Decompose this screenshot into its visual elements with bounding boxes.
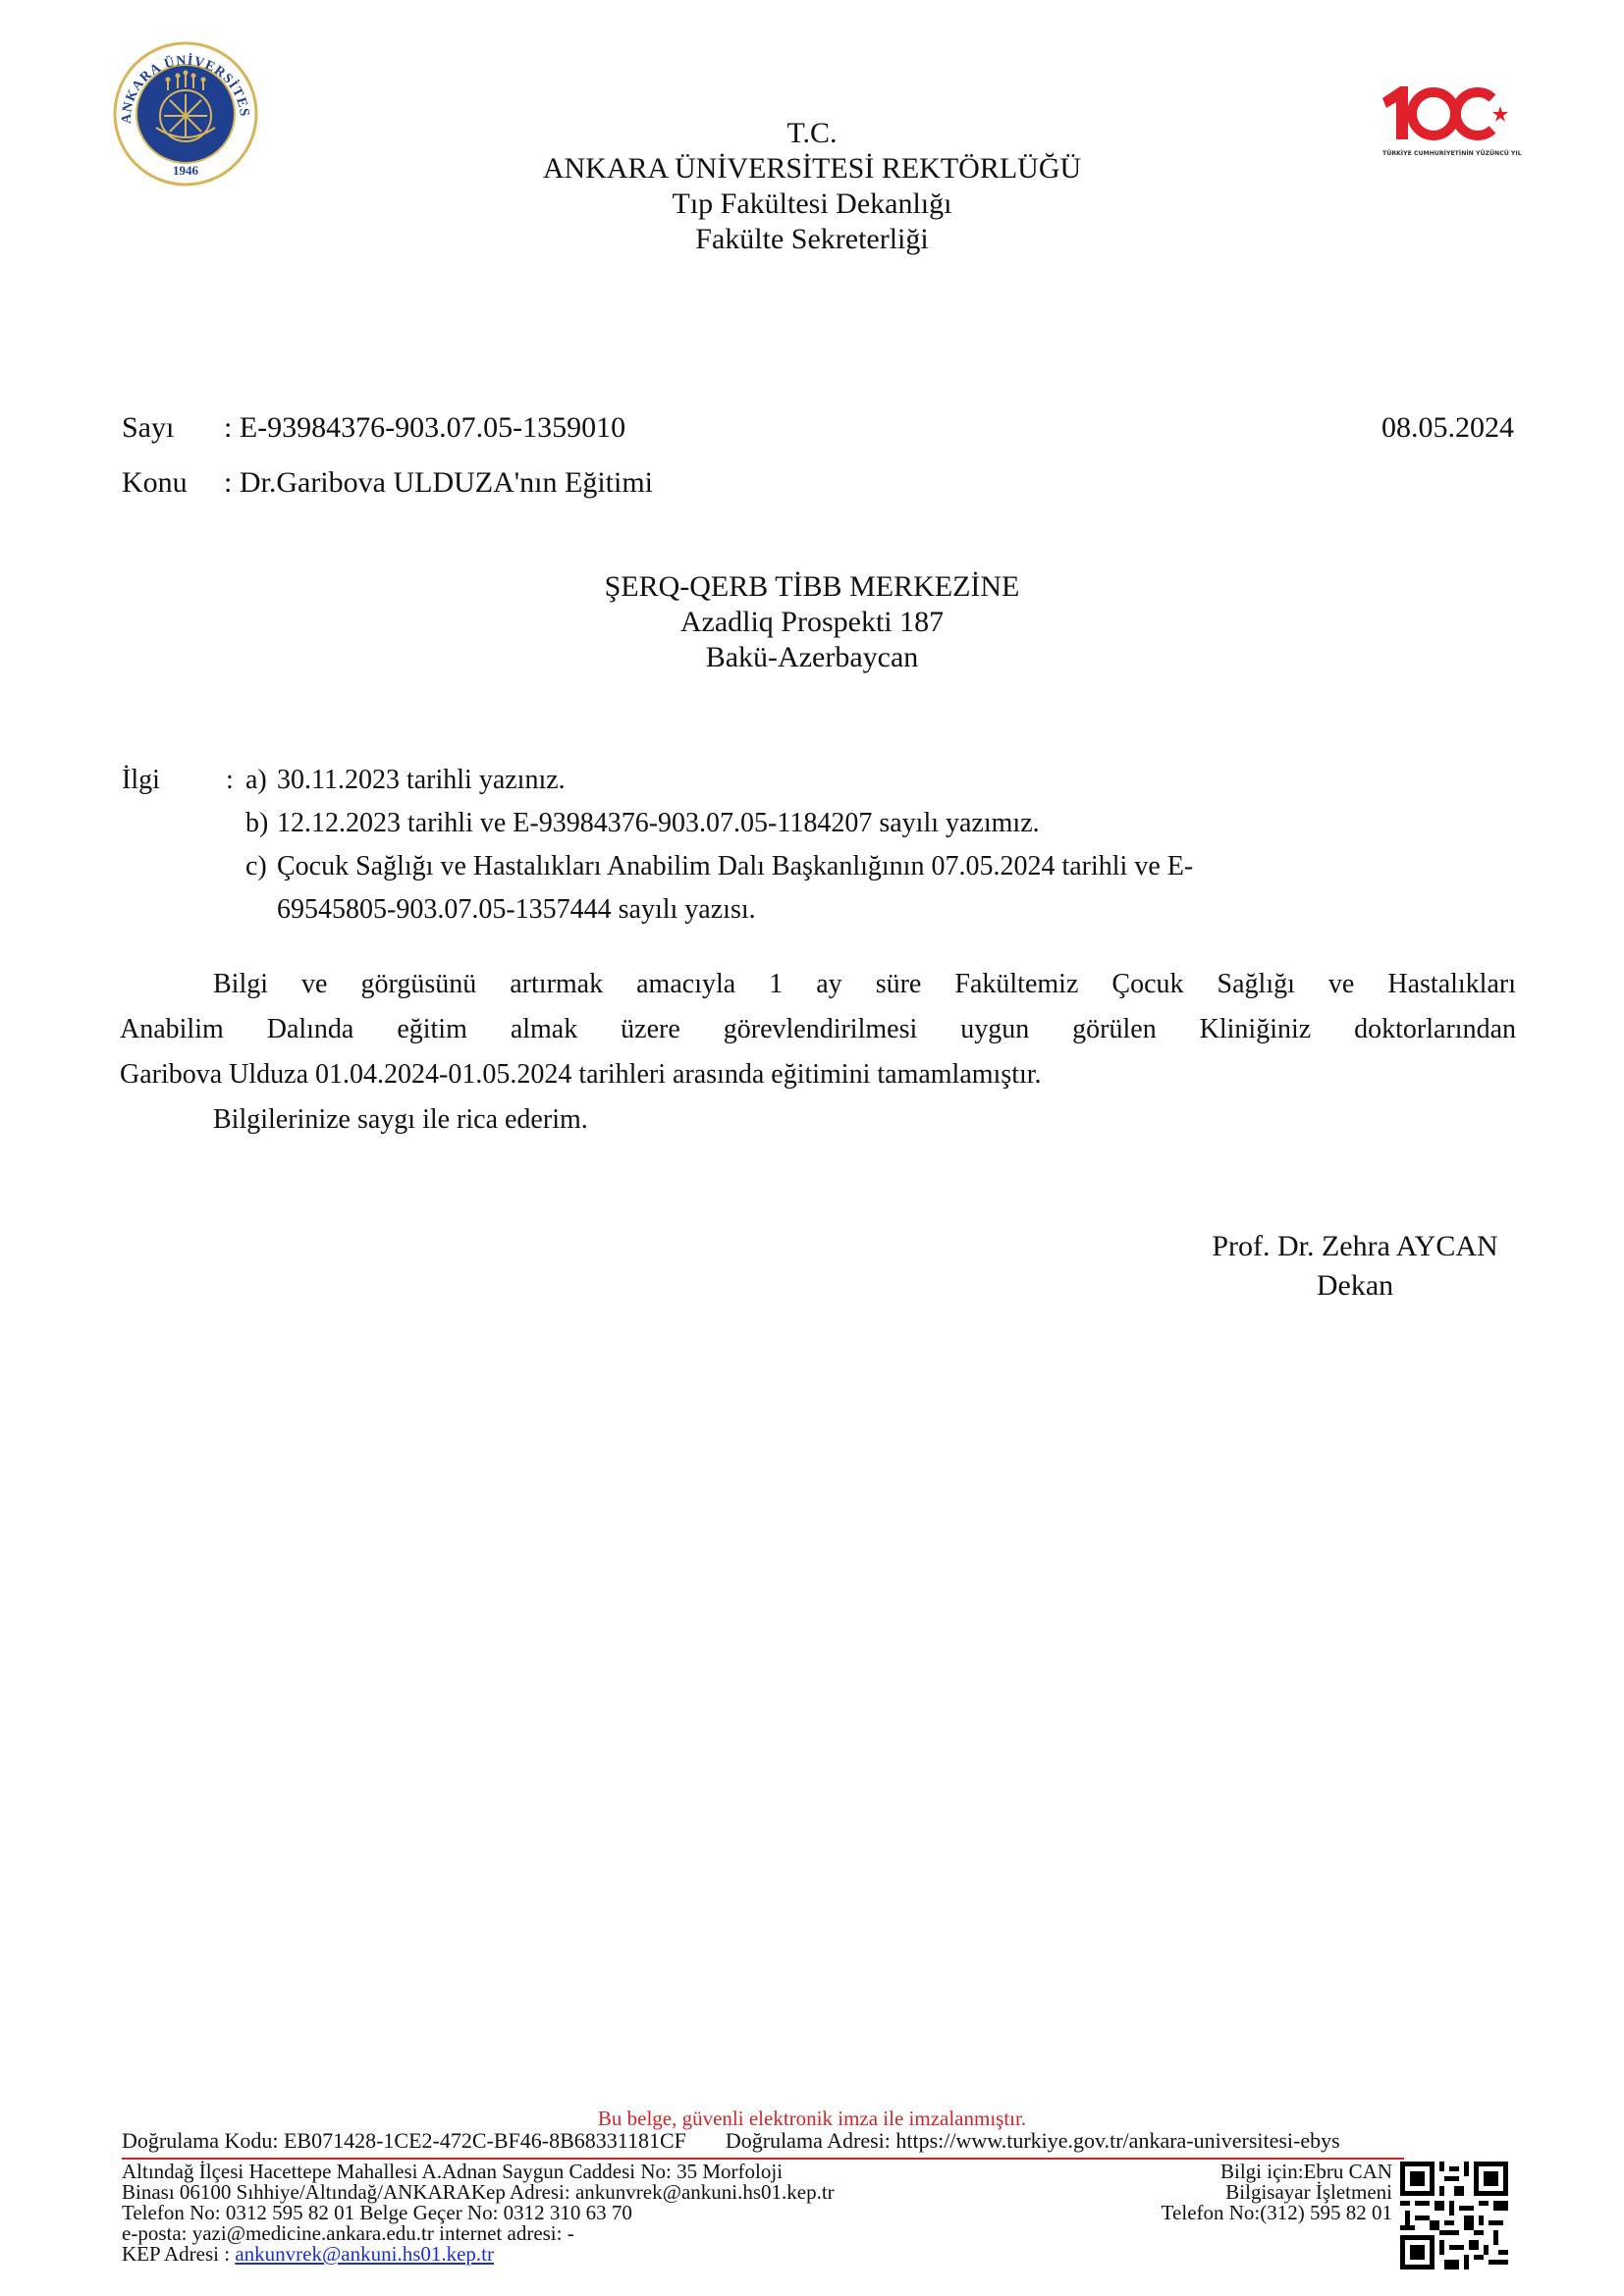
verification-row: Doğrulama Kodu: EB071428-1CE2-472C-BF46-… <box>122 2128 1522 2154</box>
address-line: Telefon No: 0312 595 82 01 Belge Geçer N… <box>122 2203 835 2223</box>
header-university: ANKARA ÜNİVERSİTESİ REKTÖRLÜĞÜ <box>0 151 1624 187</box>
ilgi-b-marker: b) <box>245 807 268 840</box>
kep-label: KEP Adresi : <box>122 2242 235 2266</box>
institution-address: Altındağ İlçesi Hacettepe Mahallesi A.Ad… <box>122 2162 835 2265</box>
header-secretariat: Fakülte Sekreterliği <box>0 222 1624 257</box>
recipient-city: Bakü-Azerbaycan <box>0 640 1624 675</box>
header-faculty: Tıp Fakültesi Dekanlığı <box>0 187 1624 222</box>
letter-body: Bilgi ve görgüsünü artırmak amacıyla 1 a… <box>120 962 1516 1143</box>
document-header: T.C. ANKARA ÜNİVERSİTESİ REKTÖRLÜĞÜ Tıp … <box>0 116 1624 257</box>
signatory-title: Dekan <box>1159 1266 1551 1306</box>
qr-code-icon <box>1400 2162 1508 2269</box>
ilgi-b-text: 12.12.2023 tarihli ve E-93984376-903.07.… <box>277 807 1040 840</box>
contact-role: Bilgisayar İşletmeni <box>1162 2182 1392 2203</box>
verification-address[interactable]: Doğrulama Adresi: https://www.turkiye.go… <box>726 2128 1340 2154</box>
recipient-street: Azadliq Prospekti 187 <box>0 605 1624 640</box>
ilgi-a-text: 30.11.2023 tarihli yazınız. <box>277 764 566 797</box>
ilgi-label: İlgi <box>122 764 160 797</box>
address-line: Altındağ İlçesi Hacettepe Mahallesi A.Ad… <box>122 2162 835 2182</box>
body-closing: Bilgilerinize saygı ile rica ederim. <box>120 1097 1516 1143</box>
signatory-name: Prof. Dr. Zehra AYCAN <box>1159 1227 1551 1266</box>
verification-code: Doğrulama Kodu: EB071428-1CE2-472C-BF46-… <box>122 2128 686 2154</box>
contact-phone: Telefon No:(312) 595 82 01 <box>1162 2203 1392 2223</box>
ilgi-a-marker: a) <box>245 764 267 797</box>
ilgi-c-marker: c) <box>245 850 267 883</box>
document-date: 08.05.2024 <box>1381 410 1514 446</box>
body-line-3: Garibova Ulduza 01.04.2024-01.05.2024 ta… <box>120 1052 1516 1097</box>
ilgi-c-text: Çocuk Sağlığı ve Hastalıkları Anabilim D… <box>277 850 1193 883</box>
recipient-block: ŞERQ-QERB TİBB MERKEZİNE Azadliq Prospek… <box>0 569 1624 675</box>
sayi-label: Sayı <box>122 410 174 446</box>
contact-info: Bilgi için:Ebru CAN Bilgisayar İşletmeni… <box>1162 2162 1392 2223</box>
ilgi-c-continuation: 69545805-903.07.05-1357444 sayılı yazısı… <box>277 893 756 927</box>
header-tc: T.C. <box>0 116 1624 151</box>
kep-line: KEP Adresi : ankunvrek@ankuni.hs01.kep.t… <box>122 2244 835 2265</box>
body-line-1: Bilgi ve görgüsünü artırmak amacıyla 1 a… <box>120 962 1516 1007</box>
address-line: Binası 06100 Sıhhiye/Altındağ/ANKARAKep … <box>122 2182 835 2203</box>
esign-notice: Bu belge, güvenli elektronik imza ile im… <box>0 2107 1624 2130</box>
contact-person: Bilgi için:Ebru CAN <box>1162 2162 1392 2182</box>
konu-label: Konu <box>122 465 188 501</box>
sayi-value: : E-93984376-903.07.05-1359010 <box>224 410 625 446</box>
konu-value: : Dr.Garibova ULDUZA'nın Eğitimi <box>224 465 653 501</box>
recipient-name: ŞERQ-QERB TİBB MERKEZİNE <box>0 569 1624 605</box>
ilgi-colon: : <box>226 764 234 797</box>
body-line-2: Anabilim Dalında eğitim almak üzere göre… <box>120 1007 1516 1052</box>
address-line: e-posta: yazi@medicine.ankara.edu.tr int… <box>122 2223 835 2244</box>
signature-block: Prof. Dr. Zehra AYCAN Dekan <box>1159 1227 1551 1306</box>
kep-address-link[interactable]: ankunvrek@ankuni.hs01.kep.tr <box>235 2242 494 2266</box>
